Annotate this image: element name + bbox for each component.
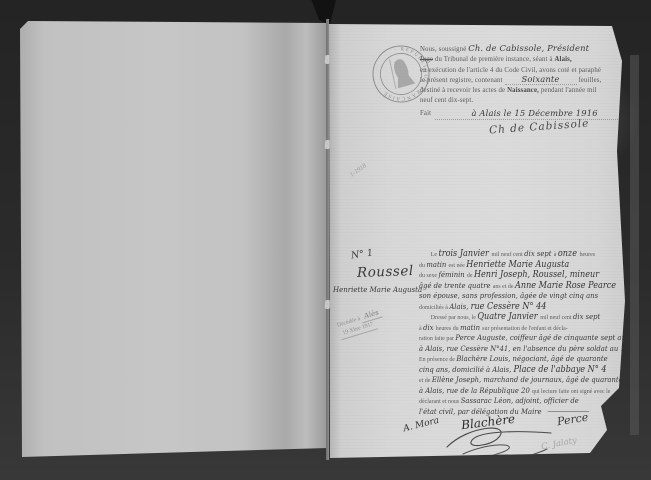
attestation-line: Nous, soussigné Ch. de Cabissole, Présid… xyxy=(420,43,632,55)
register-title-page: · RÉPUBLIQUE FRANÇAISE · Nous, soussigné… xyxy=(329,21,632,458)
witness-signature-mora: A. Mora xyxy=(402,416,440,435)
act-surname: Roussel xyxy=(357,263,414,281)
act-line: Dressé par nous, le Quatre Janvier mil n… xyxy=(419,306,610,317)
stitch-thread xyxy=(325,300,331,309)
act-line: âgé de trente quatre ans et de Anne Mari… xyxy=(419,275,610,286)
attestation-text: le présent registre, contenant xyxy=(420,77,503,84)
act-line: du sexe féminin de Henri Joseph, Roussel… xyxy=(419,264,610,275)
act-line: cinq ans, domicilié à Alais, Place de l'… xyxy=(419,359,610,370)
act-line: Le trois Janvier mil neuf cent dix sept … xyxy=(419,243,610,254)
pencil-archive-note: 1-1918 xyxy=(349,162,368,178)
act-line: En présence de Blachère Louis, négociant… xyxy=(419,348,610,359)
signature-flourish xyxy=(439,421,569,458)
attestation-text: pendant l'année mil xyxy=(541,87,597,94)
date-place-handwritten: à Alais le 15 Décembre 1916 xyxy=(471,108,597,118)
act-firstnames: Henriette Marie Augusta xyxy=(333,285,422,294)
attestation-text: du Tribunal de première instance, séant … xyxy=(435,56,553,63)
book-spine-notch xyxy=(308,0,336,25)
attestation-text: feuilles, xyxy=(578,77,601,84)
act-line: à Alais, rue Cessère N°41, en l'absence … xyxy=(419,338,610,349)
act-number: N° 1 xyxy=(350,248,373,262)
marginal-death-note: Décédée à Alès 19 Xbre 1917 xyxy=(336,298,418,341)
act-line: à Alais, rue de la République 20 qui lec… xyxy=(419,380,610,391)
attestation-text: Nous, soussigné xyxy=(420,46,466,53)
attestation-date-line: Fait à Alais le 15 Décembre 1916 xyxy=(420,109,632,120)
act-line: déclarant et nous Sassarac Léon, adjoint… xyxy=(419,390,610,401)
president-signature: Ch de Cabissole xyxy=(489,118,590,137)
register-attestation: Nous, soussigné Ch. de Cabissole, Présid… xyxy=(420,43,632,120)
attestation-line: neuf cent dix-sept. xyxy=(420,96,632,106)
act-line: domiciliés à Alais, rue Cessère N° 44 xyxy=(419,296,610,307)
marianne-figure-icon xyxy=(390,57,415,89)
act-line: ration faite par Perce Auguste, coiffeur… xyxy=(419,327,610,338)
act-text-segment: l'état civil, par délégation du Maire xyxy=(419,407,544,416)
act-body: Le trois Janvier mil neuf cent dix sept … xyxy=(419,243,631,411)
act-line: à dix heures du matin sur présentation d… xyxy=(419,317,610,328)
struck-word: Juge xyxy=(420,56,433,63)
attestation-text: destiné à recevoir les actes de xyxy=(420,87,505,94)
folio-count-handwritten: Soixante xyxy=(521,74,559,84)
act-line: l'état civil, par délégation du Maire xyxy=(419,401,610,412)
attestation-line: destiné à recevoir les actes de Naissanc… xyxy=(420,86,632,96)
act-line: son épouse, sans profession, âgée de vin… xyxy=(419,285,610,296)
scanned-register-photo: · RÉPUBLIQUE FRANÇAISE · Nous, soussigné… xyxy=(0,0,651,480)
attestation-line: le présent registre, contenant Soixante … xyxy=(420,76,632,86)
city-name: Alais, xyxy=(554,56,571,63)
act-line: et de Ellène Joseph, marchand de journau… xyxy=(419,369,610,380)
attestation-line: Juge du Tribunal de première instance, s… xyxy=(420,55,632,65)
binding-seam xyxy=(326,19,329,460)
fait-label: Fait xyxy=(420,109,431,120)
left-blank-page xyxy=(20,19,328,460)
register-type: Naissance, xyxy=(507,87,539,94)
act-line: du matin est née Henriette Marie Augusta xyxy=(419,254,610,265)
judge-name-handwritten: Ch. de Cabissole, Président xyxy=(468,43,589,53)
